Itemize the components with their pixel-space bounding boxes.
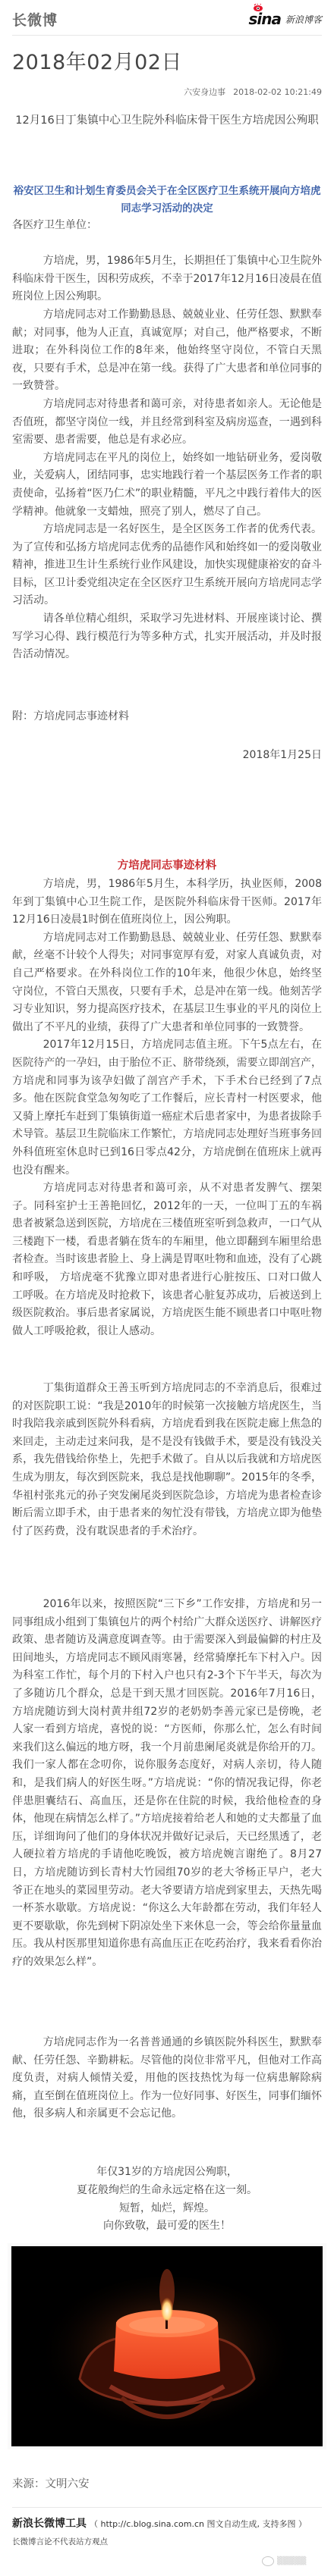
sina-long-weibo-tool-link[interactable]: 新浪长微博工具 bbox=[12, 2518, 87, 2530]
tool-description[interactable]: （ http://c.blog.sina.com.cn 图文自动生成, 支持多图… bbox=[90, 2519, 307, 2529]
watermark-text: ▒▒▒▒▒ bbox=[277, 2557, 306, 2565]
footer-tool-line: 新浪长微博工具（ http://c.blog.sina.com.cn 图文自动生… bbox=[12, 2515, 307, 2531]
paragraph: 方培虎同志对工作勤勤恳恳、兢兢业业、任劳任怨、默默奉献，丝毫不计较个人得失；对同… bbox=[12, 929, 322, 1037]
paragraph: 方培虎同志在平凡的岗位上，始终如一地钻研业务，爱岗敬业，关爱病人，团结同事，忠实… bbox=[12, 450, 322, 521]
tribute-lines: 年仅31岁的方培虎因公殉职， 夏花般绚烂的生命永远定格在这一刻。 短暂，灿烂，辉… bbox=[12, 2164, 322, 2236]
article-title: 12月16日丁集镇中心卫生院外科临床骨干医生方培虎因公殉职 bbox=[12, 112, 322, 130]
tribute-line: 向你致敬，最可爱的医生！ bbox=[12, 2217, 322, 2236]
paragraph: 方培虎同志是一名好医生，是全区医务工作者的优秀代表。为了宣传和弘扬方培虎同志优秀… bbox=[12, 521, 322, 610]
paragraph: 方培虎同志作为一名普普通通的乡镇医院外科医生，默默奉献、任劳任怨、辛勤耕耘。尽管… bbox=[12, 2034, 322, 2123]
tribute-line: 夏花般绚烂的生命永远定格在这一刻。 bbox=[12, 2182, 322, 2200]
paragraph: 方培虎同志对待患者和蔼可亲，从不对患者发脾气、摆架子。同科室护士王善艳回忆，20… bbox=[12, 1180, 322, 1340]
sina-logo-icon: sina bbox=[248, 10, 281, 28]
sina-blog-label: 新浪博客 bbox=[285, 13, 322, 26]
paragraph: 方培虎，男，1986年5月生，本科学历，执业医师，2008年到丁集镇中心卫生院工… bbox=[12, 876, 322, 929]
tribute-line: 年仅31岁的方培虎因公殉职， bbox=[12, 2164, 322, 2182]
tribute-line: 短暂，灿烂，辉煌。 bbox=[12, 2200, 322, 2218]
paragraph: 2017年12月15日，方培虎同志值主班。下午5点左右，在医院待产的一孕妇，由于… bbox=[12, 1036, 322, 1180]
salutation: 各医疗卫生单位： bbox=[12, 217, 322, 235]
page-header: 长微博 sina 新浪博客 bbox=[12, 5, 322, 36]
paragraph: 方培虎同志对待患者和蔼可亲，对待患者如亲人。无论他是否值班，都坚守岗位一线，并且… bbox=[12, 396, 322, 450]
weibo-logo-icon bbox=[262, 2556, 274, 2566]
material-heading: 方培虎同志事迹材料 bbox=[12, 857, 322, 873]
sina-logo-text: sina bbox=[248, 10, 281, 28]
footer-disclaimer: 长微博言论不代表站方观点 bbox=[12, 2536, 108, 2547]
decision-body: 各医疗卫生单位： 方培虎，男，1986年5月生，长期担任丁集镇中心卫生院外科临床… bbox=[12, 217, 322, 664]
post-date-title: 2018年02月02日 bbox=[12, 45, 182, 75]
material-body-d: 方培虎同志作为一名普普通通的乡镇医院外科医生，默默奉献、任劳任怨、辛勤耕耘。尽管… bbox=[12, 2034, 322, 2123]
candle-icon bbox=[11, 2246, 323, 2446]
material-body-b: 丁集街道群众王善玉听到方培虎同志的不幸消息后，很难过的对医院职工说：“我是201… bbox=[12, 1380, 322, 1540]
candle-image-frame bbox=[8, 2243, 326, 2449]
material-body-a: 方培虎，男，1986年5月生，本科学历，执业医师，2008年到丁集镇中心卫生院工… bbox=[12, 876, 322, 1340]
article-source: 来源：文明六安 bbox=[12, 2475, 90, 2491]
post-meta: 六安身边事2018-02-02 10:21:49 bbox=[184, 86, 322, 98]
material-body-c: 2016年以来，按照医院“三下乡”工作安排，方培虎和另一同事组成小组到丁集镇包片… bbox=[12, 1596, 322, 1971]
blank-line bbox=[12, 235, 322, 253]
attachment-line: 附：方培虎同志事迹材料 bbox=[12, 708, 322, 726]
post-timestamp: 2018-02-02 10:21:49 bbox=[233, 87, 322, 97]
attachment-note: 附：方培虎同志事迹材料 bbox=[12, 708, 322, 726]
footer-divider bbox=[12, 2507, 322, 2508]
paragraph: 方培虎，男，1986年5月生，长期担任丁集镇中心卫生院外科临床骨干医生，因积劳成… bbox=[12, 252, 322, 306]
sina-eye-icon bbox=[253, 4, 263, 11]
sign-date: 2018年1月25日 bbox=[243, 747, 322, 762]
decision-heading: 裕安区卫生和计划生育委员会关于在全区医疗卫生系统开展向方培虎同志学习活动的决定 bbox=[12, 183, 322, 218]
post-author[interactable]: 六安身边事 bbox=[184, 87, 225, 97]
paragraph: 请各单位精心组织，采取学习先进材料、开展座谈讨论、撰写学习心得、践行模范行为等多… bbox=[12, 610, 322, 664]
paragraph: 丁集街道群众王善玉听到方培虎同志的不幸消息后，很难过的对医院职工说：“我是201… bbox=[12, 1380, 322, 1540]
weibo-watermark: ▒▒▒▒▒ bbox=[262, 2556, 306, 2566]
long-weibo-brand: 长微博 bbox=[12, 9, 58, 30]
paragraph: 方培虎同志对工作勤勤恳恳、兢兢业业、任劳任怨、默默奉献；对同事，他为人正直，真诚… bbox=[12, 306, 322, 396]
sina-blog-logo[interactable]: sina 新浪博客 bbox=[248, 8, 322, 30]
candle-image bbox=[11, 2246, 323, 2446]
paragraph: 2016年以来，按照医院“三下乡”工作安排，方培虎和另一同事组成小组到丁集镇包片… bbox=[12, 1596, 322, 1971]
